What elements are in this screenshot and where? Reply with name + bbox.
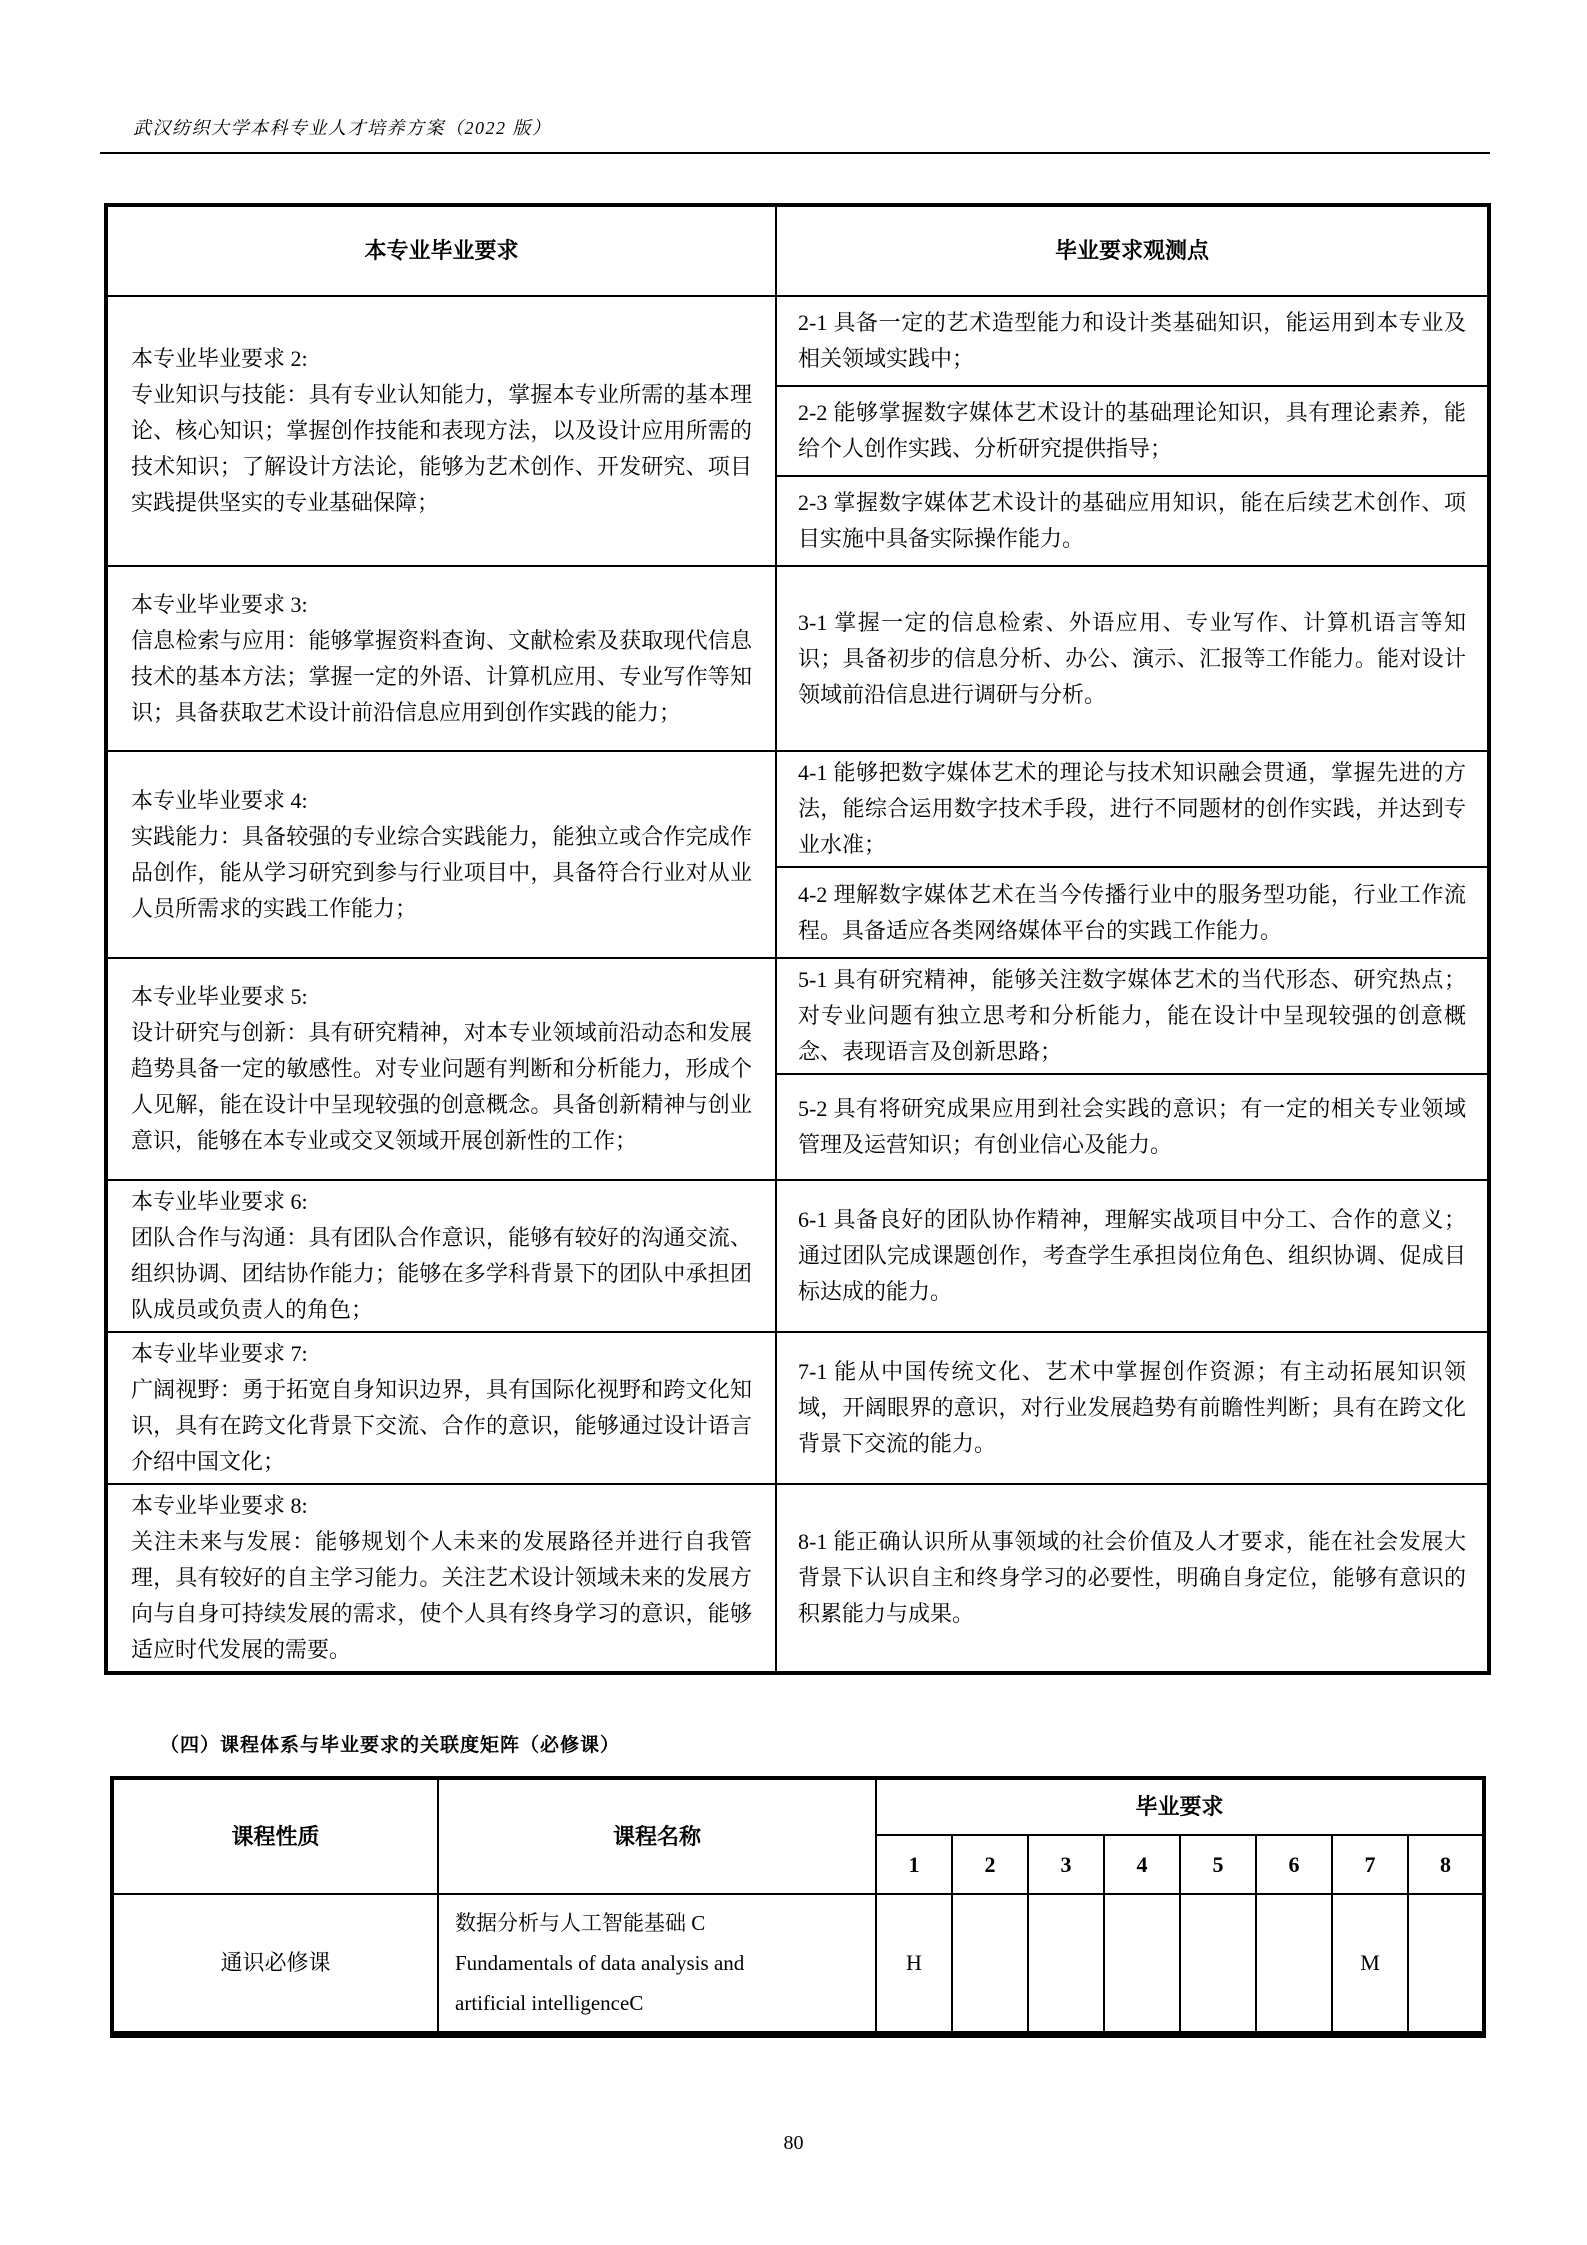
table-row: 本专业毕业要求 5: 设计研究与创新：具有研究精神，对本专业领域前沿动态和发展趋… (106, 958, 1489, 1074)
observation-2-2-cell: 2-2 能够掌握数字媒体艺术设计的基础理论知识，具有理论素养，能给个人创作实践、… (776, 386, 1489, 476)
observation-7-1-cell: 7-1 能从中国传统文化、艺术中掌握创作资源；有主动拓展知识领域，开阔眼界的意识… (776, 1332, 1489, 1484)
table-row: 本专业毕业要求 4: 实践能力：具备较强的专业综合实践能力，能独立或合作完成作品… (106, 751, 1489, 867)
document-header-title: 武汉纺织大学本科专业人才培养方案（2022 版） (100, 0, 1490, 154)
matrix-req-number-4: 4 (1104, 1835, 1180, 1894)
matrix-req-number-8: 8 (1408, 1835, 1484, 1894)
observation-5-1-cell: 5-1 具有研究精神，能够关注数字媒体艺术的当代形态、研究热点；对专业问题有独立… (776, 958, 1489, 1074)
matrix-course-type-header: 课程性质 (112, 1778, 438, 1894)
requirement-6-cell: 本专业毕业要求 6: 团队合作与沟通：具有团队合作意识，能够有较好的沟通交流、组… (106, 1180, 776, 1332)
req-table-col1-header: 本专业毕业要求 (106, 205, 776, 296)
table-row: 本专业毕业要求 2: 专业知识与技能：具有专业认知能力，掌握本专业所需的基本理论… (106, 296, 1489, 386)
matrix-group-header: 毕业要求 (876, 1778, 1484, 1835)
matrix-header-row-1: 课程性质 课程名称 毕业要求 (112, 1778, 1484, 1835)
mark-cell-7: M (1332, 1894, 1408, 2035)
observation-4-2-cell: 4-2 理解数字媒体艺术在当今传播行业中的服务型功能，行业工作流程。具备适应各类… (776, 867, 1489, 958)
req-table-header-row: 本专业毕业要求 毕业要求观测点 (106, 205, 1489, 296)
matrix-req-number-2: 2 (952, 1835, 1028, 1894)
observation-3-1-cell: 3-1 掌握一定的信息检索、外语应用、专业写作、计算机语言等知识；具备初步的信息… (776, 566, 1489, 751)
mark-cell-3 (1028, 1894, 1104, 2035)
requirement-3-cell: 本专业毕业要求 3: 信息检索与应用：能够掌握资料查询、文献检索及获取现代信息技… (106, 566, 776, 751)
course-type-cell: 通识必修课 (112, 1894, 438, 2035)
requirement-8-cell: 本专业毕业要求 8: 关注未来与发展：能够规划个人未来的发展路径并进行自我管理，… (106, 1484, 776, 1673)
page-number: 80 (0, 2132, 1587, 2155)
table-row: 本专业毕业要求 6: 团队合作与沟通：具有团队合作意识，能够有较好的沟通交流、组… (106, 1180, 1489, 1332)
section-title: （四）课程体系与毕业要求的关联度矩阵（必修课） (160, 1733, 1587, 1759)
table-row: 本专业毕业要求 7: 广阔视野：勇于拓宽自身知识边界，具有国际化视野和跨文化知识… (106, 1332, 1489, 1484)
mark-cell-2 (952, 1894, 1028, 2035)
matrix-req-number-5: 5 (1180, 1835, 1256, 1894)
observation-8-1-cell: 8-1 能正确认识所从事领域的社会价值及人才要求，能在社会发展大背景下认识自主和… (776, 1484, 1489, 1673)
table-row: 本专业毕业要求 8: 关注未来与发展：能够规划个人未来的发展路径并进行自我管理，… (106, 1484, 1489, 1673)
mark-cell-1: H (876, 1894, 952, 2035)
observation-5-2-cell: 5-2 具有将研究成果应用到社会实践的意识；有一定的相关专业领域管理及运营知识；… (776, 1074, 1489, 1180)
observation-4-1-cell: 4-1 能够把数字媒体艺术的理论与技术知识融会贯通，掌握先进的方法，能综合运用数… (776, 751, 1489, 867)
requirement-2-cell: 本专业毕业要求 2: 专业知识与技能：具有专业认知能力，掌握本专业所需的基本理论… (106, 296, 776, 566)
matrix-course-row: 通识必修课 数据分析与人工智能基础 C Fundamentals of data… (112, 1894, 1484, 2035)
req-table-col2-header: 毕业要求观测点 (776, 205, 1489, 296)
mark-cell-8 (1408, 1894, 1484, 2035)
matrix-req-number-3: 3 (1028, 1835, 1104, 1894)
course-name-cell: 数据分析与人工智能基础 C Fundamentals of data analy… (438, 1894, 876, 2035)
observation-2-3-cell: 2-3 掌握数字媒体艺术设计的基础应用知识，能在后续艺术创作、项目实施中具备实际… (776, 476, 1489, 566)
matrix-req-number-6: 6 (1256, 1835, 1332, 1894)
table-row: 本专业毕业要求 3: 信息检索与应用：能够掌握资料查询、文献检索及获取现代信息技… (106, 566, 1489, 751)
matrix-req-number-7: 7 (1332, 1835, 1408, 1894)
mark-cell-6 (1256, 1894, 1332, 2035)
mark-cell-4 (1104, 1894, 1180, 2035)
requirement-4-cell: 本专业毕业要求 4: 实践能力：具备较强的专业综合实践能力，能独立或合作完成作品… (106, 751, 776, 958)
matrix-req-number-1: 1 (876, 1835, 952, 1894)
matrix-course-name-header: 课程名称 (438, 1778, 876, 1894)
mark-cell-5 (1180, 1894, 1256, 2035)
course-requirement-matrix-table: 课程性质 课程名称 毕业要求 1 2 3 4 5 6 7 8 通识必修课 数据分… (110, 1776, 1486, 2038)
document-page: 武汉纺织大学本科专业人才培养方案（2022 版） 本专业毕业要求 毕业要求观测点… (0, 0, 1587, 2245)
requirement-7-cell: 本专业毕业要求 7: 广阔视野：勇于拓宽自身知识边界，具有国际化视野和跨文化知识… (106, 1332, 776, 1484)
observation-2-1-cell: 2-1 具备一定的艺术造型能力和设计类基础知识，能运用到本专业及相关领域实践中； (776, 296, 1489, 386)
graduation-requirements-table: 本专业毕业要求 毕业要求观测点 本专业毕业要求 2: 专业知识与技能：具有专业认… (104, 203, 1491, 1675)
observation-6-1-cell: 6-1 具备良好的团队协作精神，理解实战项目中分工、合作的意义；通过团队完成课题… (776, 1180, 1489, 1332)
requirement-5-cell: 本专业毕业要求 5: 设计研究与创新：具有研究精神，对本专业领域前沿动态和发展趋… (106, 958, 776, 1180)
